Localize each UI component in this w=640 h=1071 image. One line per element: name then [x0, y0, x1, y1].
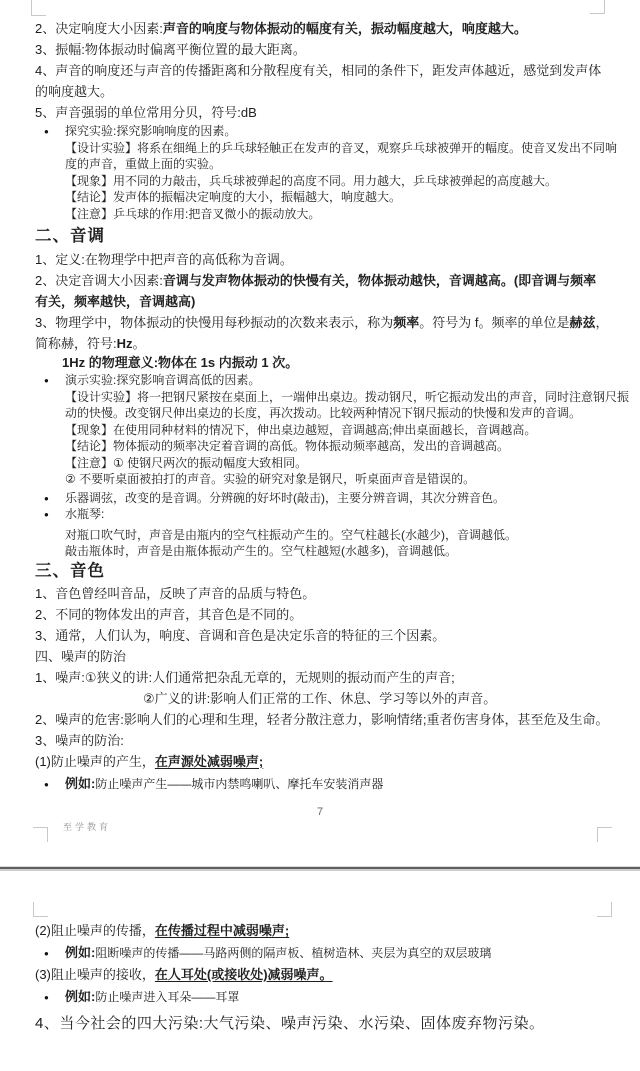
text-boundary-mark-top-right — [597, 902, 612, 917]
doc-line: 2、噪声的危害:影响人们的心理和生理，轻者分散注意力，影响情绪;重者伤害身体，甚… — [35, 709, 612, 730]
doc-text: 例如: — [65, 989, 95, 1004]
doc-text: Hz — [117, 336, 133, 351]
doc-line: ●水瓶琴: — [35, 506, 612, 523]
doc-text: 在声源处减弱噪声; — [155, 754, 263, 769]
doc-line: 【结论】发声体的振幅决定响度的大小，振幅越大，响度越大。 — [35, 189, 612, 206]
doc-text: 【设计实验】将系在细绳上的乒乓球轻触正在发声的音叉，观察乒乓球被弹开的幅度。使音… — [65, 141, 617, 155]
text-boundary-mark-top-left — [33, 902, 48, 917]
doc-line: ●例如:防止噪声进入耳朵——耳罩 — [35, 986, 612, 1008]
doc-text: 防止噪声产生——城市内禁鸣喇叭、摩托车安装消声器 — [95, 777, 383, 791]
doc-text: 1、音色曾经叫音品，反映了声音的品质与特色。 — [35, 586, 315, 601]
doc-text: 1、定义:在物理学中把声音的高低称为音调。 — [35, 252, 293, 267]
doc-line: 5、声音强弱的单位常用分贝，符号:dB — [35, 102, 612, 123]
doc-line: 2、不同的物体发出的声音，其音色是不同的。 — [35, 604, 612, 625]
bullet-icon: ● — [44, 124, 49, 141]
doc-line: 动的快慢。改变钢尺伸出桌边的长度，再次拨动。比较两种情况下钢尺振动的快慢和发声的… — [35, 405, 612, 422]
footer-brand: 至学教育 — [63, 820, 111, 833]
doc-text: 对瓶口吹气时，声音是由瓶内的空气柱振动产生的。空气柱越长(水越少)，音调越低。 — [65, 528, 517, 542]
doc-text: 【结论】物体振动的频率决定着音调的高低。物体振动频率越高，发出的音调越高。 — [65, 439, 509, 453]
doc-text: 有关，频率越快，音调越高) — [35, 294, 195, 309]
doc-text: (1)防止噪声的产生， — [35, 754, 155, 769]
doc-line: 【注意】乒乓球的作用:把音叉微小的振动放大。 — [35, 206, 612, 223]
doc-text: 演示实验:探究影响音调高低的因素。 — [65, 373, 260, 387]
doc-text: 三、音色 — [35, 562, 105, 580]
doc-text: 2、决定响度大小因素: — [35, 21, 163, 36]
doc-line: 对瓶口吹气时，声音是由瓶内的空气柱振动产生的。空气柱越长(水越少)，音调越低。 — [35, 527, 612, 544]
doc-line: 【设计实验】将一把钢尺紧按在桌面上，一端伸出桌边。拨动钢尺，听它振动发出的声音，… — [35, 389, 612, 406]
doc-line: 1、音色曾经叫音品，反映了声音的品质与特色。 — [35, 583, 612, 604]
doc-text: 【设计实验】将一把钢尺紧按在桌面上，一端伸出桌边。拨动钢尺，听它振动发出的声音，… — [65, 390, 629, 404]
bullet-icon: ● — [44, 987, 49, 1009]
doc-text: 1、噪声:①狭义的讲:人们通常把杂乱无章的，无规则的振动而产生的声音; — [35, 670, 455, 685]
doc-line: 度的声音，重做上面的实验。 — [35, 156, 612, 173]
doc-line: 【注意】① 使钢尺两次的振动幅度大致相同。 — [35, 455, 612, 472]
doc-text: 乐器调弦，改变的是音调。分辨碗的好坏时(敲击)，主要分辨音调，其次分辨音色。 — [65, 491, 505, 505]
doc-line: 3、通常，人们认为，响度、音调和音色是决定乐音的特征的三个因素。 — [35, 625, 612, 646]
text-boundary-mark-bottom-right — [597, 827, 612, 842]
bullet-icon: ● — [44, 507, 49, 524]
doc-text: 赫兹 — [569, 315, 595, 330]
doc-line: 【结论】物体振动的频率决定着音调的高低。物体振动频率越高，发出的音调越高。 — [35, 438, 612, 455]
doc-line: 1、定义:在物理学中把声音的高低称为音调。 — [35, 249, 612, 270]
doc-text: 的响度越大。 — [35, 84, 113, 99]
doc-line: ●探究实验:探究影响响度的因素。 — [35, 123, 612, 140]
doc-line: 1Hz 的物理意义:物体在 1s 内振动 1 次。 — [35, 354, 612, 372]
doc-line: ●例如:防止噪声产生——城市内禁鸣喇叭、摩托车安装消声器 — [35, 776, 612, 793]
doc-line: 3、振幅:物体振动时偏离平衡位置的最大距离。 — [35, 39, 612, 60]
doc-text: 3、振幅:物体振动时偏离平衡位置的最大距离。 — [35, 42, 306, 57]
doc-text: 4、当今社会的四大污染:大气污染、噪声污染、水污染、固体废弃物污染。 — [35, 1015, 545, 1032]
text-boundary-mark-bottom-left — [33, 827, 48, 842]
doc-text: 2、决定音调大小因素: — [35, 273, 163, 288]
page1-content: 2、决定响度大小因素:声音的响度与物体振动的幅度有关，振动幅度越大，响度越大。3… — [0, 0, 640, 792]
bullet-icon: ● — [44, 491, 49, 508]
doc-line: ●例如:阻断噪声的传播——马路两侧的隔声板、植树造林、夹层为真空的双层玻璃 — [35, 942, 612, 964]
doc-line: 二、音调 — [35, 223, 612, 249]
doc-text: 1Hz 的物理意义:物体在 1s 内振动 1 次。 — [62, 355, 298, 370]
doc-text: 【现象】在使用同种材料的情况下，伸出桌边越短，音调越高;伸出桌面越长，音调越高。 — [65, 423, 536, 437]
doc-text: 防止噪声进入耳朵——耳罩 — [95, 990, 239, 1004]
page2-content: (2)阻止噪声的传播，在传播过程中减弱噪声;●例如:阻断噪声的传播——马路两侧的… — [0, 871, 640, 1036]
document-page-2: (2)阻止噪声的传播，在传播过程中减弱噪声;●例如:阻断噪声的传播——马路两侧的… — [0, 871, 640, 1071]
doc-line: 2、决定响度大小因素:声音的响度与物体振动的幅度有关，振动幅度越大，响度越大。 — [35, 18, 612, 39]
doc-text: ② 不要听桌面被拍打的声音。实验的研究对象是钢尺，听桌面声音是错误的。 — [65, 472, 475, 486]
doc-text: 度的声音，重做上面的实验。 — [65, 157, 221, 171]
doc-text: 简称赫，符号: — [35, 336, 117, 351]
doc-line: 的响度越大。 — [35, 81, 612, 102]
doc-line: ●乐器调弦，改变的是音调。分辨碗的好坏时(敲击)，主要分辨音调，其次分辨音色。 — [35, 490, 612, 507]
bullet-icon: ● — [44, 943, 49, 965]
text-boundary-mark-top-right — [590, 0, 605, 14]
doc-text: 声音的响度与物体振动的幅度有关，振动幅度越大，响度越大。 — [163, 21, 527, 36]
doc-text: 【现象】用不同的力敲击，兵乓球被弹起的高度不同。用力越大，乒乓球被弹起的高度越大… — [65, 174, 557, 188]
doc-text: 动的快慢。改变钢尺伸出桌边的长度，再次拨动。比较两种情况下钢尺振动的快慢和发声的… — [65, 406, 581, 420]
doc-line: (2)阻止噪声的传播，在传播过程中减弱噪声; — [35, 920, 612, 942]
doc-line: 1、噪声:①狭义的讲:人们通常把杂乱无章的，无规则的振动而产生的声音; — [35, 667, 612, 688]
doc-text: 四、噪声的防治 — [35, 649, 126, 664]
doc-text: 敲击瓶体时，声音是由瓶体振动产生的。空气柱越短(水越多)，音调越低。 — [65, 544, 457, 558]
doc-text: 例如: — [65, 945, 95, 960]
doc-line: 四、噪声的防治 — [35, 646, 612, 667]
doc-line: 【现象】用不同的力敲击，兵乓球被弹起的高度不同。用力越大，乒乓球被弹起的高度越大… — [35, 173, 612, 190]
doc-text: (3)阻止噪声的接收， — [35, 967, 155, 982]
doc-line: 3、物理学中，物体振动的快慢用每秒振动的次数来表示，称为频率。符号为 f。频率的… — [35, 312, 612, 333]
doc-line: 简称赫，符号:Hz。 — [35, 333, 612, 354]
doc-text: 【注意】① 使钢尺两次的振动幅度大致相同。 — [65, 456, 307, 470]
doc-text: 阻断噪声的传播——马路两侧的隔声板、植树造林、夹层为真空的双层玻璃 — [95, 946, 491, 960]
bullet-icon: ● — [44, 777, 49, 794]
doc-text: 3、物理学中，物体振动的快慢用每秒振动的次数来表示，称为 — [35, 315, 393, 330]
doc-text: ②广义的讲:影响人们正常的工作、休息、学习等以外的声音。 — [143, 691, 496, 706]
doc-text: 3、噪声的防治: — [35, 733, 124, 748]
doc-line: ●演示实验:探究影响音调高低的因素。 — [35, 372, 612, 389]
doc-text: 【结论】发声体的振幅决定响度的大小，振幅越大，响度越大。 — [65, 190, 401, 204]
doc-text: 二、音调 — [35, 227, 105, 245]
doc-line: (1)防止噪声的产生，在声源处减弱噪声; — [35, 751, 612, 772]
doc-text: ， — [596, 315, 609, 330]
doc-line: 【现象】在使用同种材料的情况下，伸出桌边越短，音调越高;伸出桌面越长，音调越高。 — [35, 422, 612, 439]
doc-line: 4、声音的响度还与声音的传播距离和分散程度有关，相同的条件下，距发声体越近，感觉… — [35, 60, 612, 81]
doc-line: (3)阻止噪声的接收，在人耳处(或接收处)减弱噪声。 — [35, 964, 612, 986]
doc-text: 。符号为 f。频率的单位是 — [419, 315, 569, 330]
doc-text: 2、噪声的危害:影响人们的心理和生理，轻者分散注意力，影响情绪;重者伤害身体，甚… — [35, 712, 608, 727]
doc-line: 2、决定音调大小因素:音调与发声物体振动的快慢有关，物体振动越快，音调越高。(即… — [35, 270, 612, 291]
doc-line: 【设计实验】将系在细绳上的乒乓球轻触正在发声的音叉，观察乒乓球被弹开的幅度。使音… — [35, 140, 612, 157]
doc-text: 2、不同的物体发出的声音，其音色是不同的。 — [35, 607, 302, 622]
doc-text: 3、通常，人们认为，响度、音调和音色是决定乐音的特征的三个因素。 — [35, 628, 445, 643]
doc-text: 5、声音强弱的单位常用分贝，符号:dB — [35, 105, 257, 120]
doc-text: 例如: — [65, 776, 95, 791]
doc-text: (2)阻止噪声的传播， — [35, 923, 155, 938]
doc-text: 水瓶琴: — [65, 507, 104, 521]
doc-text: 4、声音的响度还与声音的传播距离和分散程度有关，相同的条件下，距发声体越近，感觉… — [35, 63, 601, 78]
doc-line: 三、音色 — [35, 560, 612, 583]
doc-line: 有关，频率越快，音调越高) — [35, 291, 612, 312]
doc-line: 3、噪声的防治: — [35, 730, 612, 751]
doc-text: 探究实验:探究影响响度的因素。 — [65, 124, 236, 138]
doc-line: ②广义的讲:影响人们正常的工作、休息、学习等以外的声音。 — [35, 688, 612, 709]
doc-line: 敲击瓶体时，声音是由瓶体振动产生的。空气柱越短(水越多)，音调越低。 — [35, 543, 612, 560]
doc-text: 在传播过程中减弱噪声; — [155, 923, 289, 938]
doc-line: 4、当今社会的四大污染:大气污染、噪声污染、水污染、固体废弃物污染。 — [35, 1012, 612, 1036]
doc-text: 。 — [133, 336, 146, 351]
doc-text: 音调与发声物体振动的快慢有关，物体振动越快，音调越高。(即音调与频率 — [163, 273, 596, 288]
doc-text: 频率 — [393, 315, 419, 330]
text-boundary-mark-top-left — [31, 0, 46, 16]
bullet-icon: ● — [44, 373, 49, 390]
document-page-1: 2、决定响度大小因素:声音的响度与物体振动的幅度有关，振动幅度越大，响度越大。3… — [0, 0, 640, 866]
doc-text: 在人耳处(或接收处)减弱噪声。 — [155, 967, 333, 982]
doc-text: 【注意】乒乓球的作用:把音叉微小的振动放大。 — [65, 207, 320, 221]
doc-line: ② 不要听桌面被拍打的声音。实验的研究对象是钢尺，听桌面声音是错误的。 — [35, 471, 612, 488]
page-number: 7 — [0, 806, 640, 818]
